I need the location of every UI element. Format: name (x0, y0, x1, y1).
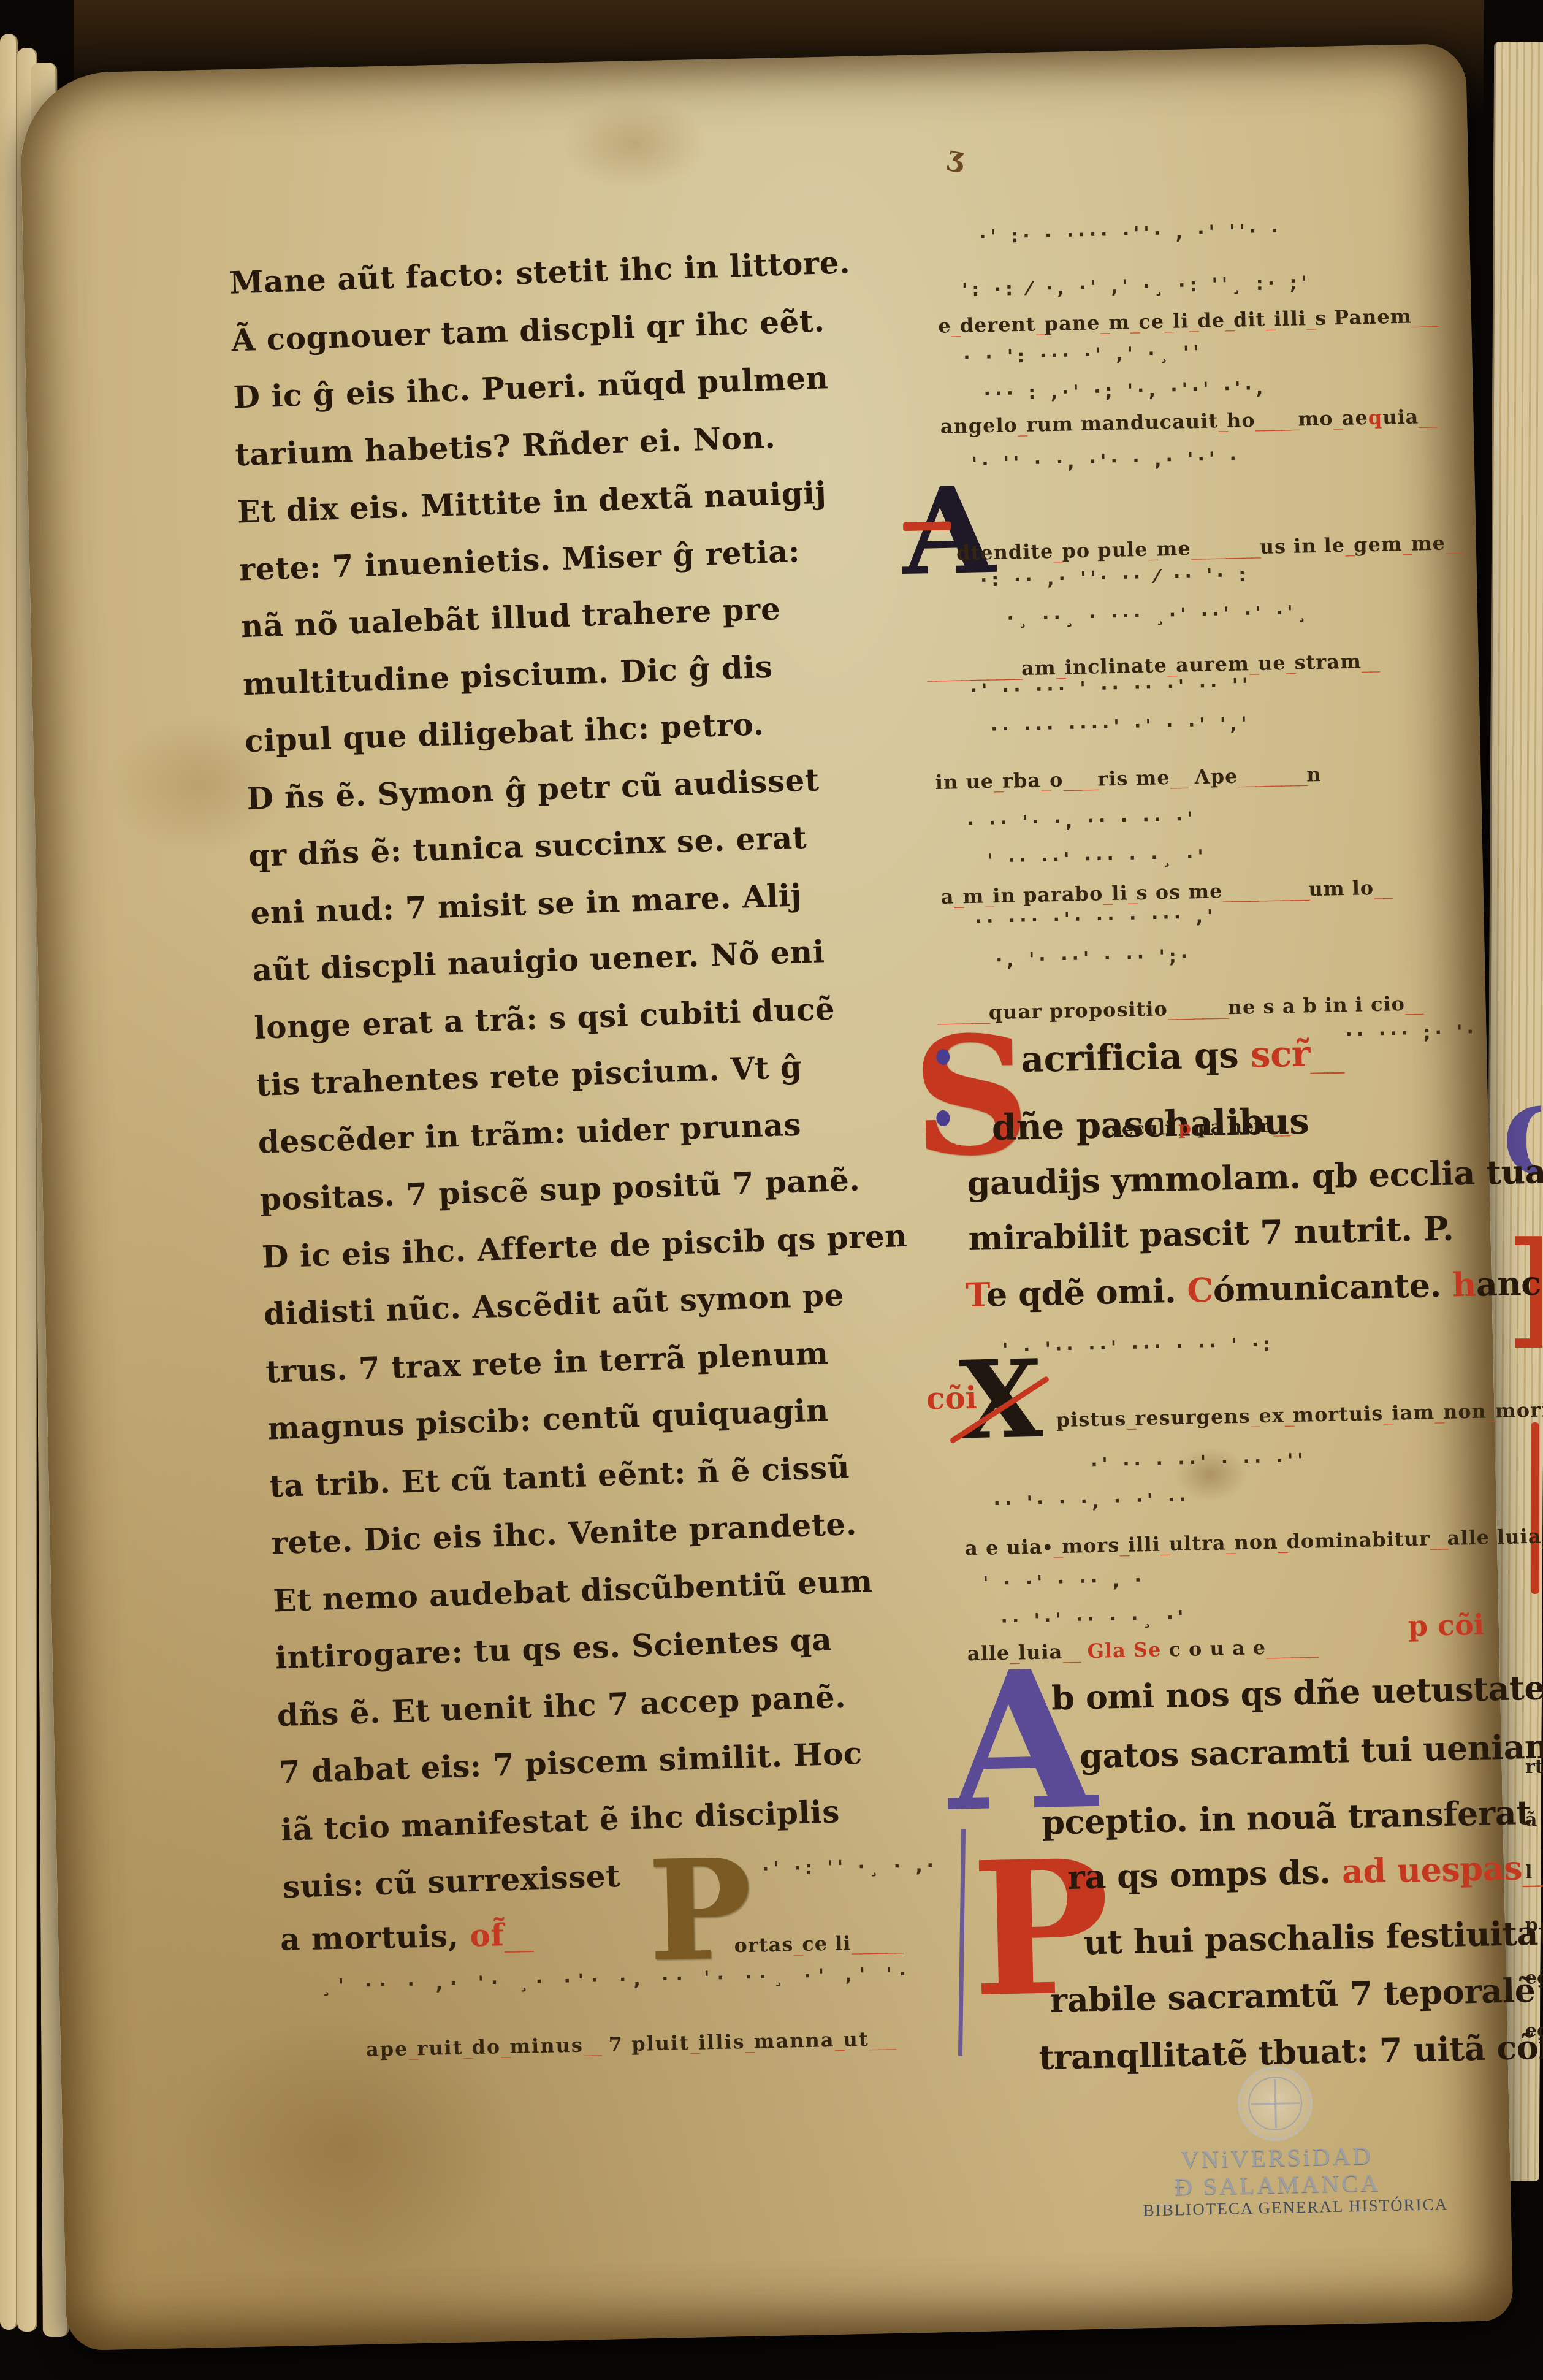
neume-row: · · ': ∙∙∙ ∙' ,' ∙¸ '' (963, 342, 1203, 368)
neume-row: ' ∙∙ ∙∙' ∙∙∙ ∙ ∙¸ ∙' (987, 846, 1208, 872)
neume-row: ∙¸ ∙∙¸ ∙ ∙∙∙ ¸∙' ∙∙' ∙' ∙'¸ (1007, 601, 1311, 629)
neume-row: ': ∙: ⁄ ·, ∙' ,' ∙¸ ∙: ''¸ :∙ ;' (962, 272, 1311, 301)
initial-a-tail (958, 1829, 966, 2056)
parchment-stain (559, 96, 708, 191)
neume-row: ' ∙ '∙∙ ∙∙' ∙∙∙ ∙ ∙∙ ' ∙: (1002, 1334, 1275, 1361)
chant-line-angelorum: angelo_rum manducauit_ho_____mo_aequia__ (940, 405, 1436, 438)
neume-row: ∙∙ ∙∙∙ ;∙ '∙ (1345, 1021, 1478, 1046)
neume-row: ∙' ∙∙ ∙ ∙∙' ∙ ∙∙ ∙'' (1091, 1450, 1308, 1476)
manuscript-page: ʒ Mane aũt facto: stetit ihc in littore.… (19, 44, 1513, 2351)
neume-row: ∙∙ ∙∙∙ ∙∙∙∙' ∙' ∙ ∙' ',' (991, 713, 1251, 740)
chant-line-in-parabolis: a_m_in parabo_li_s os me__________um lo_… (940, 876, 1391, 909)
photograph-black-background: { "palette":{ "background":"#0a0705","pa… (0, 0, 1543, 2380)
neume-row: ∙, '∙ ∙∙' ∙ ∙∙ ';∙ (996, 945, 1192, 971)
prayer-line: gaudijs ymmolam. qb ecclia tua (967, 1151, 1543, 1203)
neume-row: ¸' ∙∙ ∙ ,∙ '∙ ¸∙ ∙'∙ ∙, ∙∙ '∙ ∙∙¸ ∙' ,' … (321, 1963, 913, 1997)
gospel-text-column: Mane aũt facto: stetit ihc in littore. Ã… (229, 243, 939, 1926)
neume-row: ∙' ∙: '' ∙¸ ∙ ,∙ (762, 1855, 939, 1880)
neume-row: ∙∙ '∙ ∙ ∙, ∙ ∙' ∙∙ (993, 1489, 1191, 1515)
post-communio-label: p cõi (1408, 1608, 1484, 1643)
neume-row: ∙∙∙ : ,∙' ∙; '∙, ∙'∙' ∙'∙, (983, 378, 1267, 405)
gloss-seculi: seculi p pa nem__ (1111, 1115, 1289, 1140)
gutter-leaf-edge (0, 34, 18, 2330)
prayer-line: mirabilit pascit 7 nutrit. P. (968, 1209, 1454, 1259)
prayer-line: rabile sacramtũ 7 teporalẽ nob (1050, 1969, 1543, 2020)
neume-row: ∙ ∙∙ '∙ ∙, ∙∙ ∙ ∙∙ ∙' (967, 808, 1197, 834)
folio-mark: ʒ (945, 139, 967, 174)
prayer-line-presta: ra qs omps ds. ad uespas___ (1067, 1847, 1543, 1897)
prayer-line-sacrificia: acrificia qs scr̃__ (1021, 1032, 1344, 1080)
prayer-line: b omi nos qs dñe uetustate pur (1051, 1666, 1543, 1717)
neume-row: ∙: ∙∙ ,∙ ''∙ ·∙ ⁄ ∙∙ '∙ : (980, 564, 1251, 591)
chant-line-christus-resurgens: pistus_resurgens_ex_mortuis_iam_non_mori… (1056, 1397, 1543, 1432)
neume-row: '∙ '' ∙ ∙, ∙'∙ ∙ ,∙ '∙' · (972, 448, 1241, 475)
neume-row: ' ∙ ∙' ∙ ∙∙ , ∙ (983, 1570, 1146, 1595)
initial-a-red-band (903, 521, 951, 531)
prayer-line-te-quidem: Te qdẽ omi. Cómunicante. hanc ĝ (966, 1262, 1543, 1314)
neume-row: ∙∙ '∙' ∙∙ ∙ ∙¸ ∙' (1000, 1607, 1188, 1632)
neume-row: ∙' :∙ · ∙∙∙∙ ·''∙ , ·' ''∙ · (979, 220, 1282, 248)
prayer-line: pceptio. in nouã transferat creaturã (1042, 1789, 1543, 1842)
prayer-line: ut hui paschalis festiuitati mi (1083, 1912, 1543, 1962)
prayer-line: gatos sacramti tui uenianda (1080, 1726, 1543, 1776)
chant-line-mors-illi: a e uia∙_mors_illi_ultra_non_dominabitur… (965, 1524, 1543, 1560)
chant-line-aperuit: ape_ruit_do_minus__ 7 pluit_illis_manna_… (366, 2027, 895, 2061)
chant-line-ederent: e_derent_pane_m_ce_li_de_dit_illi_s Pane… (938, 304, 1438, 338)
initial-s-sacrificia: S (911, 1023, 1031, 1171)
adjacent-leaf-text-fragments: rt ã l p eĝ eg (1525, 1741, 1543, 2058)
chant-line-portas: ortas_ce li______ (734, 1931, 903, 1958)
gospel-line-end: a mortuis, of̃__ (280, 1916, 533, 1958)
chant-line-adtendite: dtendite_po pule_me________us in le_gem_… (956, 531, 1463, 565)
neume-row: ∙∙ ∙∙∙ ∙'∙ ∙∙ ∙ ∙∙∙ ,' (975, 906, 1217, 933)
university-seal (1237, 2065, 1314, 2142)
adjacent-leaf-red-bar (1531, 1422, 1539, 1594)
initial-x-christus: X (958, 1351, 1043, 1449)
chant-line-in-verba: in ue_rba_o____ris me__ Λpe________n (935, 763, 1322, 794)
